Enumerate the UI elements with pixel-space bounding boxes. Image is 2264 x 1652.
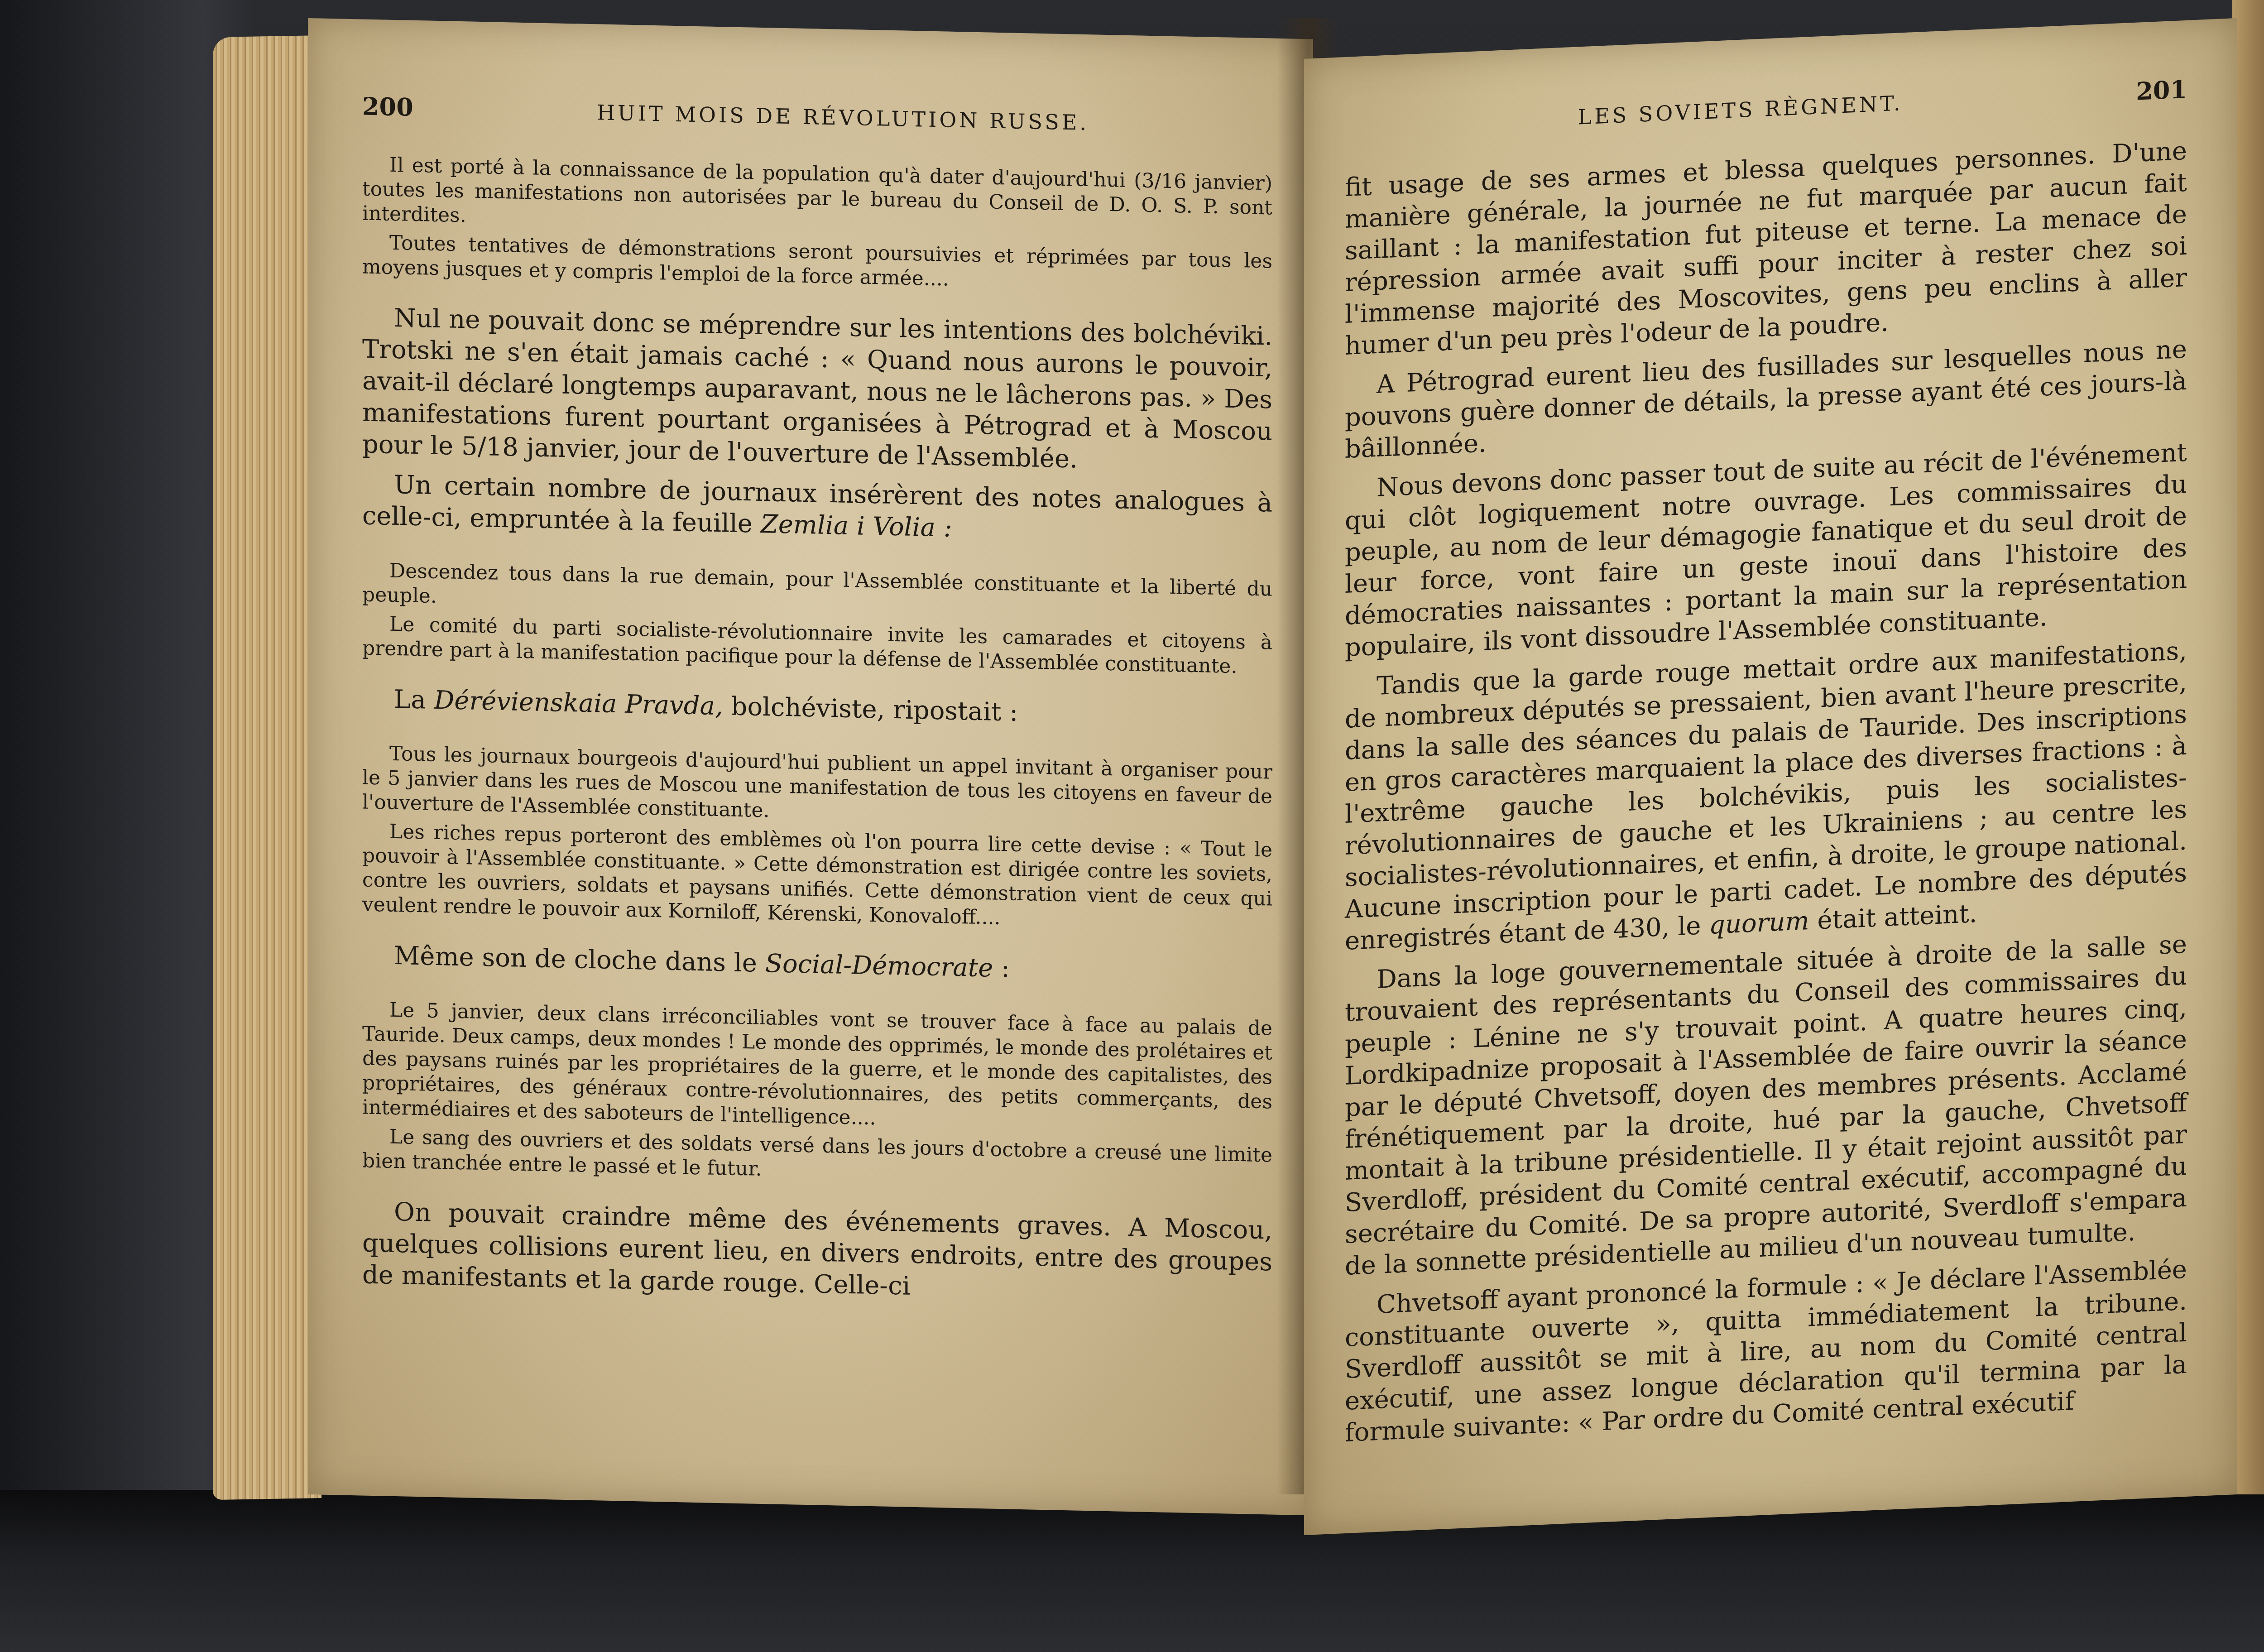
page-body: fit usage de ses armes et blessa quelque… <box>1345 135 2187 1449</box>
running-head: LES SOVIETS RÈGNENT. 201 <box>1345 75 2187 140</box>
block-quote: Le 5 janvier, deux clans irréconciliable… <box>362 998 1272 1139</box>
page-body: Il est porté à la connaissance de la pop… <box>362 153 1272 1310</box>
paragraph: On pouvait craindre même des événements … <box>362 1196 1272 1310</box>
running-head-title: LES SOVIETS RÈGNENT. <box>1345 81 2136 139</box>
paragraph: fit usage de ses armes et blessa quelque… <box>1345 135 2187 362</box>
paragraph: Dans la loge gouvernementale située à dr… <box>1345 929 2187 1282</box>
italic-title: quorum <box>1709 906 1809 940</box>
display-shelf <box>0 1490 2264 1652</box>
paragraph: Tandis que la garde rouge mettait ordre … <box>1345 635 2187 957</box>
left-page: 200 HUIT MOIS DE RÉVOLUTION RUSSE. Il es… <box>308 18 1313 1516</box>
paragraph: Nul ne pouvait donc se méprendre sur les… <box>362 302 1272 480</box>
italic-title: Social-Démocrate <box>765 949 993 983</box>
right-page: LES SOVIETS RÈGNENT. 201 fit usage de se… <box>1304 18 2237 1535</box>
book-page-edges <box>213 35 321 1500</box>
running-head-title: HUIT MOIS DE RÉVOLUTION RUSSE. <box>413 96 1272 139</box>
block-quote: Il est porté à la connaissance de la pop… <box>362 153 1272 245</box>
book-right-edge <box>2232 0 2264 1494</box>
italic-title: Zemlia i Volia : <box>761 509 952 543</box>
paragraph: Nous devons donc passer tout de suite au… <box>1345 437 2187 664</box>
italic-title: Dérévienskaia Pravda, <box>434 686 723 721</box>
block-quote: Les riches repus porteront des emblèmes … <box>362 819 1272 936</box>
running-head: 200 HUIT MOIS DE RÉVOLUTION RUSSE. <box>362 92 1272 140</box>
paragraph: Chvetsoff ayant prononcé la formule : « … <box>1345 1254 2187 1449</box>
page-number: 200 <box>362 92 413 122</box>
paragraph: Un certain nombre de journaux insérèrent… <box>362 469 1272 551</box>
page-number: 201 <box>2136 75 2187 106</box>
